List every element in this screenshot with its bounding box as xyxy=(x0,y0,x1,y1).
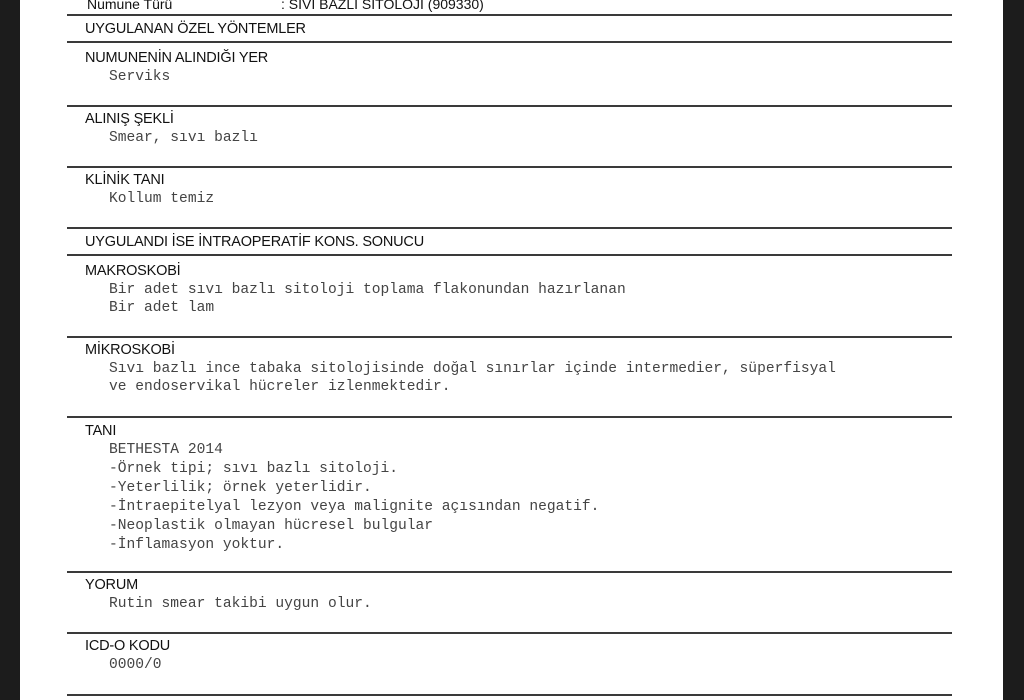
section-alinis-sekli: ALINIŞ ŞEKLİ Smear, sıvı bazlı xyxy=(85,110,963,148)
divider xyxy=(67,571,952,573)
section-line: Bir adet lam xyxy=(109,299,963,318)
section-title: KLİNİK TANI xyxy=(85,171,963,189)
section-line: Serviks xyxy=(109,68,963,87)
section-title: UYGULANDI İSE İNTRAOPERATİF KONS. SONUCU xyxy=(85,233,963,251)
divider xyxy=(67,694,952,696)
specimen-type-value: : SIVI BAZLI SİTOLOJİ (909330) xyxy=(281,0,484,12)
section-icd-o-kodu: ICD-O KODU 0000/0 xyxy=(85,637,963,675)
specimen-type-label: Numune Türü xyxy=(87,0,172,12)
section-title: YORUM xyxy=(85,576,963,594)
section-numunenin-alindigi-yer: NUMUNENİN ALINDIĞI YER Serviks xyxy=(85,49,963,87)
section-line: Smear, sıvı bazlı xyxy=(109,129,963,148)
section-line: -Neoplastik olmayan hücresel bulgular xyxy=(109,517,963,536)
section-line: Bir adet sıvı bazlı sitoloji toplama fla… xyxy=(109,281,963,300)
section-line: -İnflamasyon yoktur. xyxy=(109,536,963,555)
section-title: MİKROSKOBİ xyxy=(85,341,963,359)
divider xyxy=(67,14,952,16)
section-line: -İntraepitelyal lezyon veya malignite aç… xyxy=(109,498,963,517)
section-line: -Yeterlilik; örnek yeterlidir. xyxy=(109,479,963,498)
section-mikroskobi: MİKROSKOBİ Sıvı bazlı ince tabaka sitolo… xyxy=(85,341,963,397)
section-line: ve endoservikal hücreler izlenmektedir. xyxy=(109,378,963,397)
section-tani: TANI BETHESTA 2014 -Örnek tipi; sıvı baz… xyxy=(85,422,963,555)
section-klinik-tani: KLİNİK TANI Kollum temiz xyxy=(85,171,963,209)
section-makroskobi: MAKROSKOBİ Bir adet sıvı bazlı sitoloji … xyxy=(85,262,963,318)
section-title: TANI xyxy=(85,422,963,440)
section-title: ICD-O KODU xyxy=(85,637,963,655)
section-line: Sıvı bazlı ince tabaka sitolojisinde doğ… xyxy=(109,360,963,379)
section-line: 0000/0 xyxy=(109,656,963,675)
report-page: Numune Türü : SIVI BAZLI SİTOLOJİ (90933… xyxy=(20,0,1003,700)
section-yorum: YORUM Rutin smear takibi uygun olur. xyxy=(85,576,963,614)
section-title: NUMUNENİN ALINDIĞI YER xyxy=(85,49,963,67)
section-title: ALINIŞ ŞEKLİ xyxy=(85,110,963,128)
section-line: Kollum temiz xyxy=(109,190,963,209)
section-line: Rutin smear takibi uygun olur. xyxy=(109,595,963,614)
section-title: MAKROSKOBİ xyxy=(85,262,963,280)
section-intraoperatif-kons: UYGULANDI İSE İNTRAOPERATİF KONS. SONUCU xyxy=(85,233,963,251)
divider xyxy=(67,254,952,256)
divider xyxy=(67,632,952,634)
section-uygulanan-ozel-yontemler: UYGULANAN ÖZEL YÖNTEMLER xyxy=(85,20,963,38)
divider xyxy=(67,336,952,338)
divider xyxy=(67,166,952,168)
section-line: -Örnek tipi; sıvı bazlı sitoloji. xyxy=(109,460,963,479)
divider xyxy=(67,416,952,418)
section-line: BETHESTA 2014 xyxy=(109,441,963,460)
divider xyxy=(67,105,952,107)
divider xyxy=(67,41,952,43)
section-title: UYGULANAN ÖZEL YÖNTEMLER xyxy=(85,20,963,38)
divider xyxy=(67,227,952,229)
